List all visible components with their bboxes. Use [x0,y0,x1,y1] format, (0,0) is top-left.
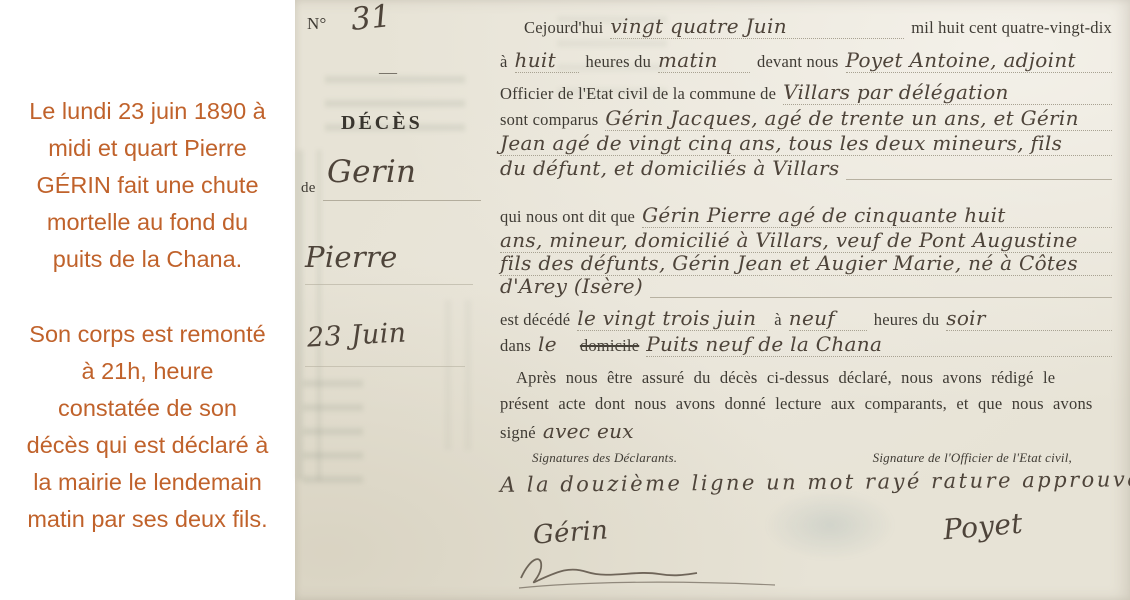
handwritten-le: le [538,332,557,356]
handwritten-day: vingt quatre Juin [610,14,904,39]
handwritten-am-pm: matin [658,48,750,73]
declarant-signature-2-flourish [517,552,817,592]
bleedthrough-mark [325,76,465,146]
annotation-line: Son corps est remonté [0,316,295,353]
handwritten-deceased-info: Gérin Pierre agé de cinquante huit [642,203,1112,228]
bleedthrough-mark [297,150,321,480]
officer-signature: Poyet [942,507,1024,547]
declarants-signature-label: Signatures des Déclarants. [532,450,677,466]
printed-closing: signé [500,423,536,443]
declarant-signature: Gérin [532,515,609,550]
screenshot-root: Le lundi 23 juin 1890 à midi et quart Pi… [0,0,1130,600]
handwritten-declarants-end: du défunt, et domiciliés à Villars [500,156,839,180]
annotation-line: la mairie le lendemain [0,464,295,501]
printed-text: heures du [874,310,940,330]
body-line-7: qui nous ont dit que Gérin Pierre agé de… [500,203,1112,228]
body-line-4: sont comparus Gérin Jacques, agé de tren… [500,106,1112,131]
closing-line-3: signé avec eux [500,419,1112,443]
handwritten-birthplace: d'Arey (Isère) [500,274,643,298]
annotation-line: midi et quart Pierre [0,130,295,167]
annotation-paragraph-1: Le lundi 23 juin 1890 à midi et quart Pi… [0,93,295,278]
ruled-line [846,175,1112,180]
act-number-value: 31 [349,0,393,38]
printed-text: qui nous ont dit que [500,207,635,227]
handwritten-marginal-note: A la douzième ligne un mot rayé rature a… [500,467,1130,497]
margin-rule [305,366,465,367]
handwritten-death-hour: neuf [789,306,867,331]
handwritten-declarants: Gérin Jacques, agé de trente un ans, et … [605,106,1112,131]
handwritten-parents-info: fils des défunts, Gérin Jean et Augier M… [500,251,1112,276]
annotation-line: matin par ses deux fils. [0,501,295,538]
act-type-title: DÉCÈS [341,112,423,135]
annotation-line: décès qui est déclaré à [0,427,295,464]
body-line-9: fils des défunts, Gérin Jean et Augier M… [500,251,1112,276]
annotation-line: GÉRIN fait une chute [0,167,295,204]
printed-text: est décédé [500,310,570,330]
printed-text: à [500,52,508,72]
printed-text: heures du [586,52,652,72]
body-line-12: dans le domicile Puits neuf de la Chana [500,332,1112,357]
annotation-paragraph-2: Son corps est remonté à 21h, heure const… [0,316,295,538]
margin-rule [323,200,481,201]
handwritten-officer-name: Poyet Antoine, adjoint [846,48,1112,73]
officer-signature-label: Signature de l'Officier de l'Etat civil, [873,450,1072,466]
printed-closing: présent acte dont nous avons donné lectu… [500,394,1093,414]
printed-text: devant nous [757,52,838,72]
marginal-note-line: A la douzième ligne un mot rayé rature a… [500,470,1112,494]
body-line-2: à huit heures du matin devant nous Poyet… [500,48,1112,73]
margin-of-label: de [301,180,316,197]
handwritten-commune: Villars par délégation [783,80,1112,105]
handwritten-am-pm-death: soir [946,306,1112,331]
bleedthrough-mark [303,380,363,490]
annotation-panel: Le lundi 23 juin 1890 à midi et quart Pi… [0,0,295,600]
printed-struck-word: domicile [580,336,639,356]
margin-death-date: 23 Juin [306,317,407,353]
deceased-surname: Gerin [327,154,416,190]
bleedthrough-mark [765,490,895,560]
printed-text: à [774,310,782,330]
body-line-1: Cejourd'hui vingt quatre Juin mil huit c… [500,14,1112,39]
handwritten-hour: huit [515,48,579,73]
annotation-line: mortelle au fond du [0,204,295,241]
closing-line-2: présent acte dont nous avons donné lectu… [500,394,1112,414]
ruled-line [650,293,1112,298]
deceased-firstname: Pierre [305,240,398,274]
annotation-line: puits de la Chana. [0,241,295,278]
margin-separator-dash: — [379,62,397,83]
annotation-line: à 21h, heure [0,353,295,390]
handwritten-avec-eux: avec eux [543,419,634,443]
body-line-3: Officier de l'Etat civil de la commune d… [500,80,1112,105]
handwritten-declarants-cont: Jean agé de vingt cinq ans, tous les deu… [500,131,1112,156]
printed-text: sont comparus [500,110,598,130]
annotation-line: Le lundi 23 juin 1890 à [0,93,295,130]
printed-text: dans [500,336,531,356]
body-line-6: du défunt, et domiciliés à Villars [500,156,1112,180]
printed-year: mil huit cent quatre-vingt-dix [911,18,1112,38]
act-number-label: N° [307,14,326,34]
death-certificate-scan: N° 31 — DÉCÈS de Gerin Pierre 23 Juin Ce… [295,0,1130,600]
margin-rule [305,284,473,285]
printed-closing: Après nous être assuré du décès ci-dessu… [500,368,1055,388]
signature-labels-row: Signatures des Déclarants. Signature de … [500,450,1112,466]
printed-text: Officier de l'Etat civil de la commune d… [500,84,776,104]
handwritten-deceased-info-cont: ans, mineur, domicilié à Villars, veuf d… [500,228,1112,253]
body-line-5: Jean agé de vingt cinq ans, tous les deu… [500,131,1112,156]
handwritten-death-date: le vingt trois juin [577,306,767,331]
body-line-8: ans, mineur, domicilié à Villars, veuf d… [500,228,1112,253]
body-line-11: est décédé le vingt trois juin à neuf he… [500,306,1112,331]
closing-line-1: Après nous être assuré du décès ci-dessu… [500,368,1112,388]
printed-text: Cejourd'hui [500,18,603,38]
handwritten-death-place: Puits neuf de la Chana [646,332,1112,357]
body-line-10: d'Arey (Isère) [500,274,1112,298]
bleedthrough-mark [445,300,479,450]
annotation-line: constatée de son [0,390,295,427]
